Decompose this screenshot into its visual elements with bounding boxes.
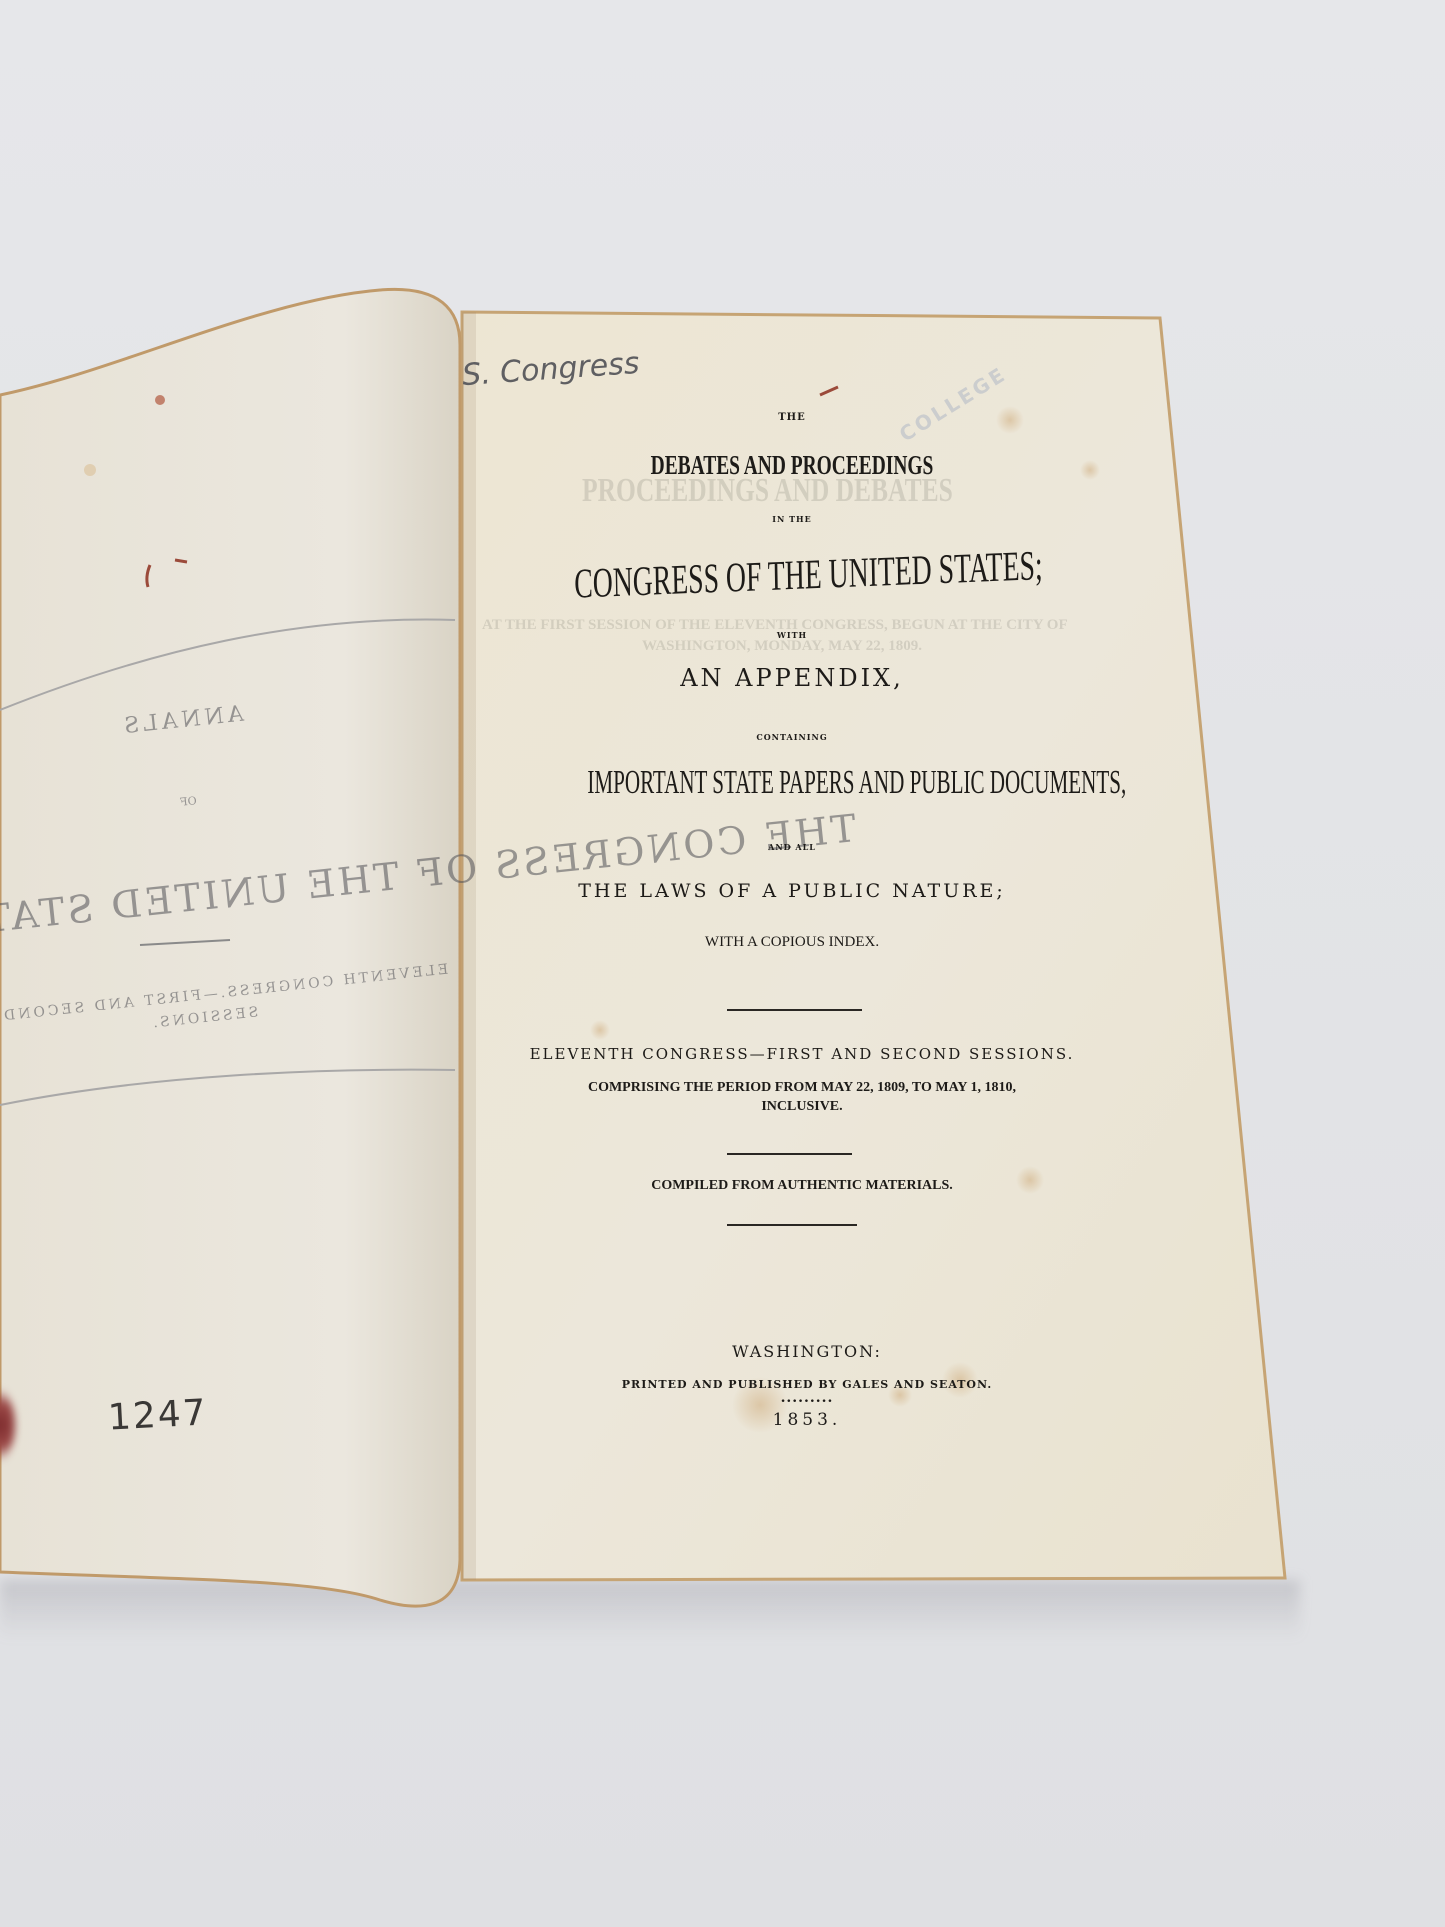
pencil-catalog-number: 1247 (107, 1392, 209, 1438)
title-with: WITH (462, 630, 1122, 640)
imprint-year: 1853. (477, 1410, 1137, 1430)
title-laws: THE LAWS OF A PUBLIC NATURE; (462, 880, 1122, 902)
title-index: WITH A COPIOUS INDEX. (462, 934, 1122, 951)
title-containing: CONTAINING (462, 732, 1122, 742)
left-page: ANNALS OF THE CONGRESS OF THE UNITED STA… (0, 0, 470, 1927)
title-appendix: AN APPENDIX, (462, 664, 1122, 692)
title-inclusive: INCLUSIVE. (472, 1099, 1132, 1115)
title-period: COMPRISING THE PERIOD FROM MAY 22, 1809,… (472, 1080, 1132, 1096)
title-sessions: ELEVENTH CONGRESS—FIRST AND SECOND SESSI… (472, 1045, 1132, 1063)
ghost-subheading-2: WASHINGTON, MONDAY, MAY 22, 1809. (642, 638, 922, 655)
divider-rule-2 (727, 1153, 852, 1155)
title-compiled: COMPILED FROM AUTHENTIC MATERIALS. (472, 1178, 1132, 1194)
title-debates: DEBATES AND PROCEEDINGS (554, 450, 1029, 481)
photo-scene: ANNALS OF THE CONGRESS OF THE UNITED STA… (0, 0, 1445, 1927)
handwritten-note: S. Congress (461, 346, 641, 393)
title-the: THE (462, 412, 1122, 423)
imprint-place: WASHINGTON: (477, 1342, 1137, 1361)
title-page: S. Congress COLLEGE PROCEEDINGS AND DEBA… (462, 312, 1242, 1578)
left-mirror-of: OF (179, 794, 197, 809)
library-stamp: COLLEGE (895, 362, 1011, 447)
divider-rule-3 (727, 1224, 857, 1226)
title-state-papers: IMPORTANT STATE PAPERS AND PUBLIC DOCUME… (587, 764, 996, 802)
imprint-dots: ......... (477, 1390, 1137, 1406)
divider-rule-1 (727, 1009, 862, 1011)
title-in-the: IN THE (462, 514, 1122, 524)
title-congress: CONGRESS OF THE UNITED STATES; (574, 543, 1010, 608)
title-and-all: AND ALL (462, 842, 1122, 852)
